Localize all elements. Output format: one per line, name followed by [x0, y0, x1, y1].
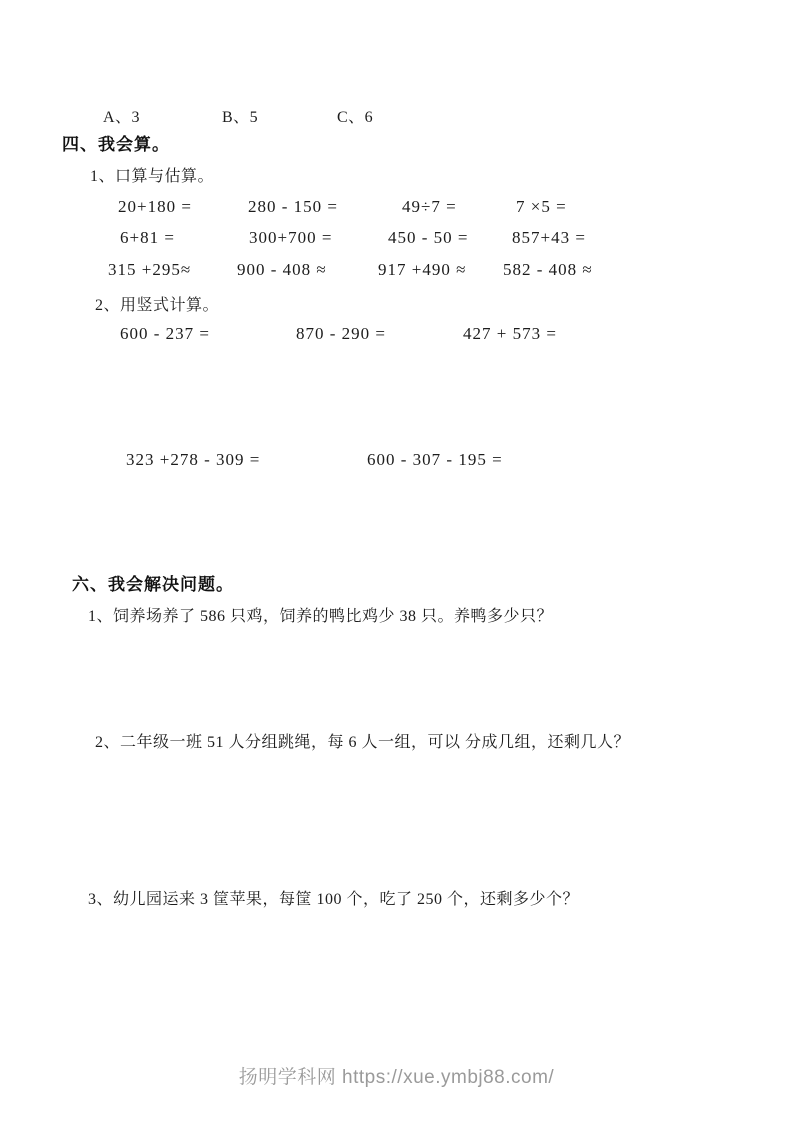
oral-expression: 857+43 = — [512, 228, 586, 248]
column-expression: 323 +278 - 309 = — [126, 450, 260, 470]
oral-expression: 49÷7 = — [402, 197, 457, 217]
column-expression: 870 - 290 = — [296, 324, 386, 344]
site-watermark: 扬明学科网 https://xue.ymbj88.com/ — [0, 1062, 793, 1089]
oral-expression: 300+700 = — [249, 228, 332, 248]
section-6-title: 六、我会解决问题。 — [72, 570, 234, 595]
oral-expression: 6+81 = — [120, 228, 175, 248]
oral-expression: 900 - 408 ≈ — [237, 260, 327, 280]
choice-option-a: A、3 — [103, 104, 140, 127]
oral-expression: 7 ×5 = — [516, 197, 567, 217]
column-expression: 600 - 307 - 195 = — [367, 450, 503, 470]
word-problem-2: 2、二年级一班 51 人分组跳绳，每 6 人一组，可以 分成几组，还剩几人？ — [95, 729, 630, 752]
word-problem-3: 3、幼儿园运来 3 筐苹果，每筐 100 个，吃了 250 个，还剩多少个？ — [88, 886, 579, 909]
worksheet-page: A、3 B、5 C、6 四、我会算。 1、口算与估算。 20+180 = 280… — [0, 0, 793, 1122]
oral-expression: 280 - 150 = — [248, 197, 338, 217]
oral-expression: 582 - 408 ≈ — [503, 260, 593, 280]
section-4-sub2-title: 2、用竖式计算。 — [95, 292, 219, 315]
choice-option-b: B、5 — [222, 104, 258, 127]
oral-expression: 20+180 = — [118, 197, 192, 217]
oral-expression: 450 - 50 = — [388, 228, 469, 248]
oral-expression: 917 +490 ≈ — [378, 260, 466, 280]
choice-option-c: C、6 — [337, 104, 373, 127]
oral-expression: 315 +295≈ — [108, 260, 191, 280]
word-problem-1: 1、饲养场养了 586 只鸡，饲养的鸭比鸡少 38 只。养鸭多少只？ — [88, 603, 553, 626]
section-4-title: 四、我会算。 — [62, 130, 170, 155]
section-4-sub1-title: 1、口算与估算。 — [90, 163, 214, 186]
column-expression: 600 - 237 = — [120, 324, 210, 344]
column-expression: 427 + 573 = — [463, 324, 557, 344]
